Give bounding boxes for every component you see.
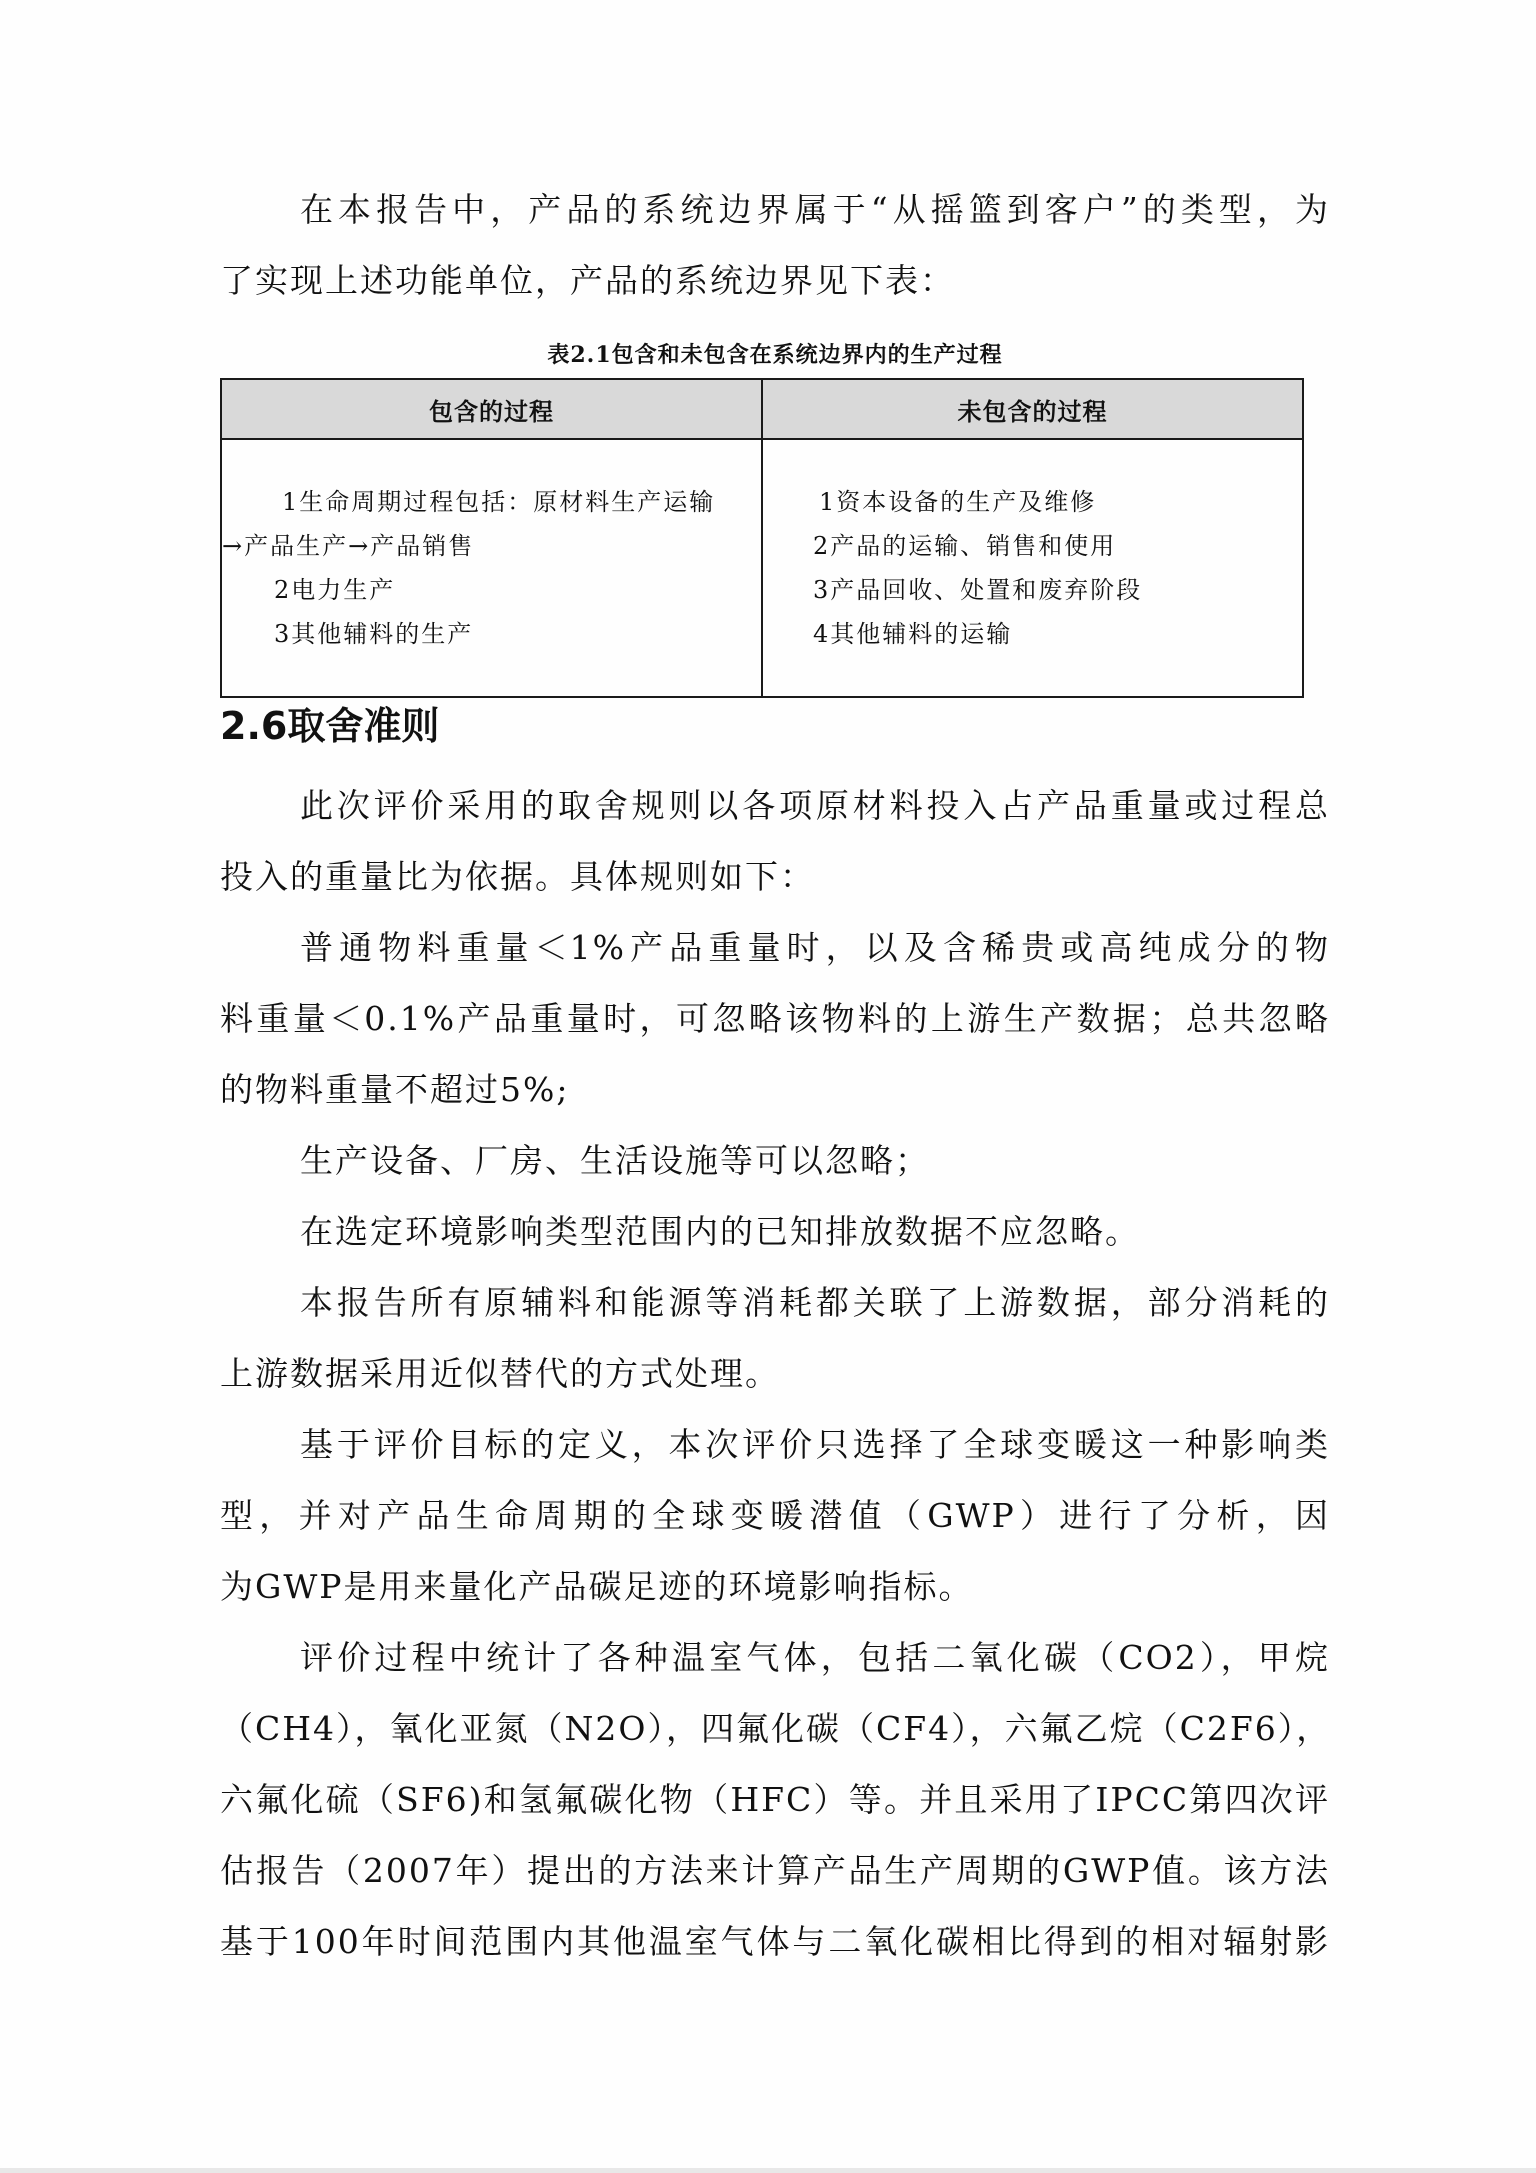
included-processes-cell: 1生命周期过程包括：原材料生产运输 →产品生产→产品销售 2电力生产 3其他辅料…: [221, 439, 762, 697]
included-item-1-continued: →产品生产→产品销售: [222, 524, 761, 568]
body-line: 普通物料重量＜1%产品重量时，以及含稀贵或高纯成分的物: [220, 928, 1330, 968]
included-item-2: 2电力生产: [222, 568, 761, 612]
header-included: 包含的过程: [221, 379, 762, 439]
header-excluded: 未包含的过程: [762, 379, 1303, 439]
section-heading: 2.6取舍准则: [220, 702, 439, 750]
table-row: 1生命周期过程包括：原材料生产运输 →产品生产→产品销售 2电力生产 3其他辅料…: [221, 439, 1303, 697]
body-line: 投入的重量比为依据。具体规则如下：: [220, 857, 1330, 897]
body-line: （CH4），氧化亚氮（N2O），四氟化碳（CF4），六氟乙烷（C2F6），: [220, 1709, 1330, 1749]
body-line: 评价过程中统计了各种温室气体，包括二氧化碳（CO2），甲烷: [220, 1638, 1330, 1678]
body-line: 生产设备、厂房、生活设施等可以忽略；: [220, 1141, 1330, 1181]
excluded-item-4: 4其他辅料的运输: [763, 612, 1302, 656]
system-boundary-table: 包含的过程 未包含的过程 1生命周期过程包括：原材料生产运输 →产品生产→产品销…: [220, 378, 1304, 698]
body-line: 本报告所有原辅料和能源等消耗都关联了上游数据，部分消耗的: [220, 1283, 1330, 1323]
body-line: 六氟化硫（SF6)和氢氟碳化物（HFC）等。并且采用了IPCC第四次评: [220, 1780, 1330, 1820]
body-line: 型，并对产品生命周期的全球变暖潜值（GWP）进行了分析，因: [220, 1496, 1330, 1536]
excluded-item-2: 2产品的运输、销售和使用: [763, 524, 1302, 568]
body-line: 料重量＜0.1%产品重量时，可忽略该物料的上游生产数据；总共忽略: [220, 999, 1330, 1039]
body-line: 上游数据采用近似替代的方式处理。: [220, 1354, 1330, 1394]
body-line: 在选定环境影响类型范围内的已知排放数据不应忽略。: [220, 1212, 1330, 1252]
excluded-item-1: 1资本设备的生产及维修: [763, 480, 1302, 524]
body-line: 估报告（2007年）提出的方法来计算产品生产周期的GWP值。该方法: [220, 1851, 1330, 1891]
included-item-3: 3其他辅料的生产: [222, 612, 761, 656]
table-header-row: 包含的过程 未包含的过程: [221, 379, 1303, 439]
body-line: 的物料重量不超过5%;: [220, 1070, 1330, 1110]
table-caption: 表2.1包含和未包含在系统边界内的生产过程: [220, 340, 1330, 370]
page-bottom-edge: [0, 2168, 1536, 2173]
body-line: 基于100年时间范围内其他温室气体与二氧化碳相比得到的相对辐射影: [220, 1922, 1330, 1962]
excluded-item-3: 3产品回收、处置和废弃阶段: [763, 568, 1302, 612]
intro-paragraph-line-1: 在本报告中，产品的系统边界属于“从摇篮到客户”的类型，为: [220, 190, 1330, 230]
intro-paragraph-line-2: 了实现上述功能单位，产品的系统边界见下表：: [220, 261, 1330, 301]
excluded-processes-cell: 1资本设备的生产及维修 2产品的运输、销售和使用 3产品回收、处置和废弃阶段 4…: [762, 439, 1303, 697]
body-line: 此次评价采用的取舍规则以各项原材料投入占产品重量或过程总: [220, 786, 1330, 826]
body-line: 为GWP是用来量化产品碳足迹的环境影响指标。: [220, 1567, 1330, 1607]
document-page: 在本报告中，产品的系统边界属于“从摇篮到客户”的类型，为 了实现上述功能单位，产…: [0, 0, 1536, 2168]
included-item-1: 1生命周期过程包括：原材料生产运输: [222, 480, 761, 524]
body-line: 基于评价目标的定义，本次评价只选择了全球变暖这一种影响类: [220, 1425, 1330, 1465]
